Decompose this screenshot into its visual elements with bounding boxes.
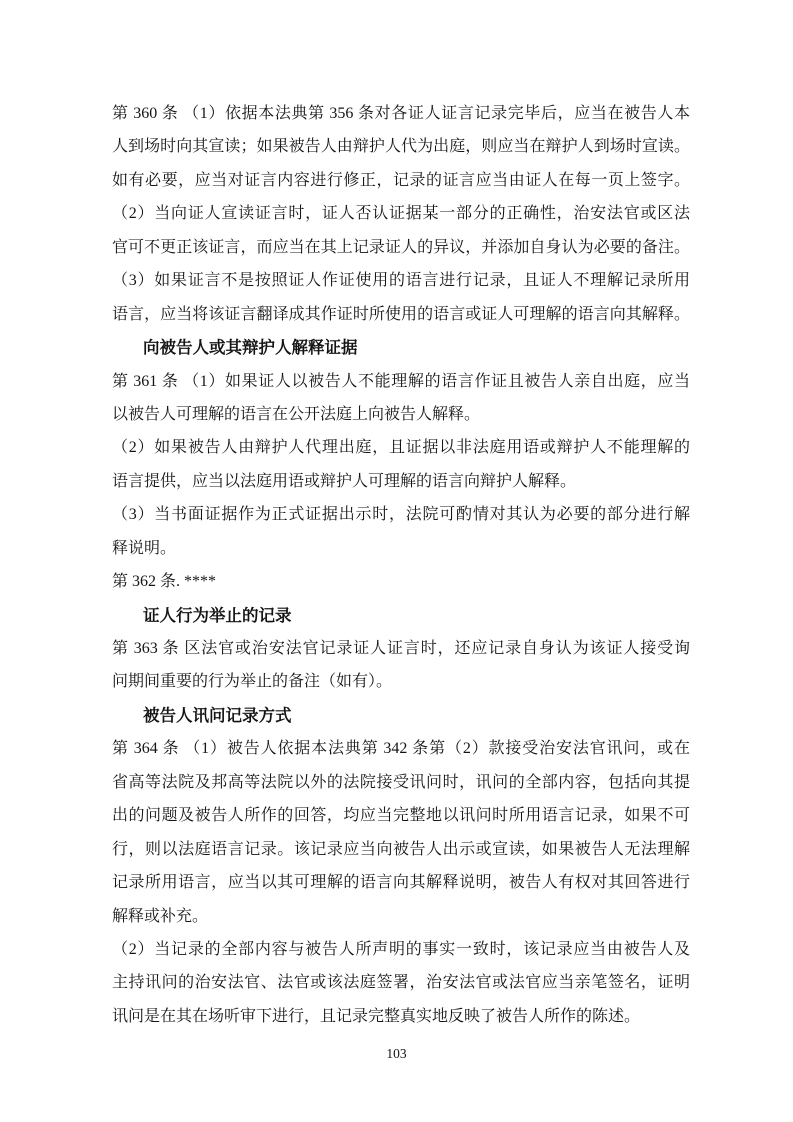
document-line: （2）当记录的全部内容与被告人所声明的事实一致时，该记录应当由被告人及 — [112, 933, 690, 966]
document-line: （2）当向证人宣读证言时，证人否认证据某一部分的正确性，治安法官或区法 — [112, 197, 690, 230]
document-line: 记录所用语言，应当以其可理解的语言向其解释说明，被告人有权对其回答进行 — [112, 866, 690, 899]
document-line: 主持讯问的治安法官、法官或该法庭签署，治安法官或法官应当亲笔签名，证明 — [112, 966, 690, 999]
document-line: 讯问是在其在场听审下进行，且记录完整真实地反映了被告人所作的陈述。 — [112, 1000, 690, 1033]
section-heading: 证人行为举止的记录 — [112, 599, 690, 632]
section-heading: 向被告人或其辩护人解释证据 — [112, 331, 690, 364]
document-line: 第 363 条 区法官或治安法官记录证人证言时，还应记录自身认为该证人接受询 — [112, 632, 690, 665]
document-line: 释说明。 — [112, 532, 690, 565]
page-number: 103 — [0, 1044, 793, 1064]
document-line: 官可不更正该证言，而应当在其上记录证人的异议，并添加自身认为必要的备注。 — [112, 231, 690, 264]
document-line: 人到场时向其宣读；如果被告人由辩护人代为出庭，则应当在辩护人到场时宣读。 — [112, 130, 690, 163]
document-body: 第 360 条 （1）依据本法典第 356 条对各证人证言记录完毕后，应当在被告… — [112, 97, 690, 1033]
section-heading: 被告人讯问记录方式 — [112, 699, 690, 732]
document-line: 问期间重要的行为举止的备注（如有）。 — [112, 665, 690, 698]
document-line: 省高等法院及邦高等法院以外的法院接受讯问时，讯问的全部内容，包括向其提 — [112, 766, 690, 799]
document-line: 第 361 条 （1）如果证人以被告人不能理解的语言作证且被告人亲自出庭，应当 — [112, 365, 690, 398]
document-line: 语言，应当将该证言翻译成其作证时所使用的语言或证人可理解的语言向其解释。 — [112, 298, 690, 331]
document-line: 如有必要，应当对证言内容进行修正，记录的证言应当由证人在每一页上签字。 — [112, 164, 690, 197]
document-line: 行，则以法庭语言记录。该记录应当向被告人出示或宣读，如果被告人无法理解 — [112, 833, 690, 866]
document-line: （3）如果证言不是按照证人作证使用的语言进行记录，且证人不理解记录所用 — [112, 264, 690, 297]
document-line: 出的问题及被告人所作的回答，均应当完整地以讯问时所用语言记录，如果不可 — [112, 799, 690, 832]
document-line: 以被告人可理解的语言在公开法庭上向被告人解释。 — [112, 398, 690, 431]
document-line: 解释或补充。 — [112, 900, 690, 933]
document-line: 第 360 条 （1）依据本法典第 356 条对各证人证言记录完毕后，应当在被告… — [112, 97, 690, 130]
document-line: （2）如果被告人由辩护人代理出庭，且证据以非法庭用语或辩护人不能理解的 — [112, 431, 690, 464]
document-line: 语言提供，应当以法庭用语或辩护人可理解的语言向辩护人解释。 — [112, 465, 690, 498]
document-line: 第 362 条. **** — [112, 565, 690, 598]
document-line: 第 364 条 （1）被告人依据本法典第 342 条第（2）款接受治安法官讯问，… — [112, 732, 690, 765]
document-line: （3）当书面证据作为正式证据出示时，法院可酌情对其认为必要的部分进行解 — [112, 498, 690, 531]
document-page: 第 360 条 （1）依据本法典第 356 条对各证人证言记录完毕后，应当在被告… — [0, 0, 793, 1122]
